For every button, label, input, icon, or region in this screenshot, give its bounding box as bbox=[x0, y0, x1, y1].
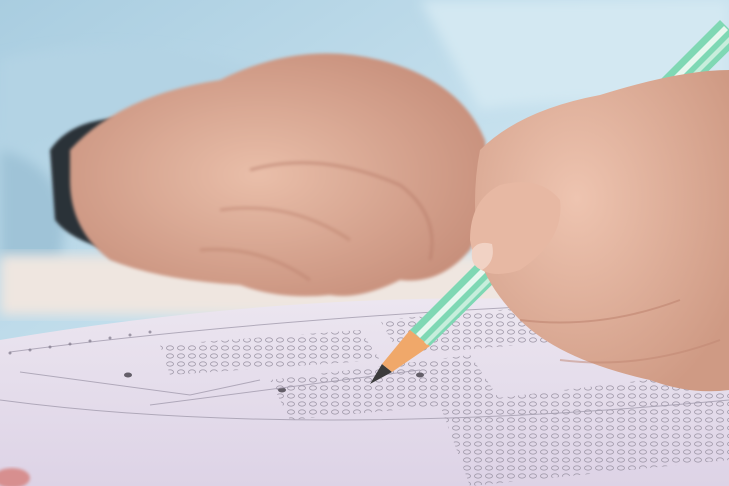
photo-illustration bbox=[0, 0, 729, 486]
photo-scene bbox=[0, 0, 729, 486]
